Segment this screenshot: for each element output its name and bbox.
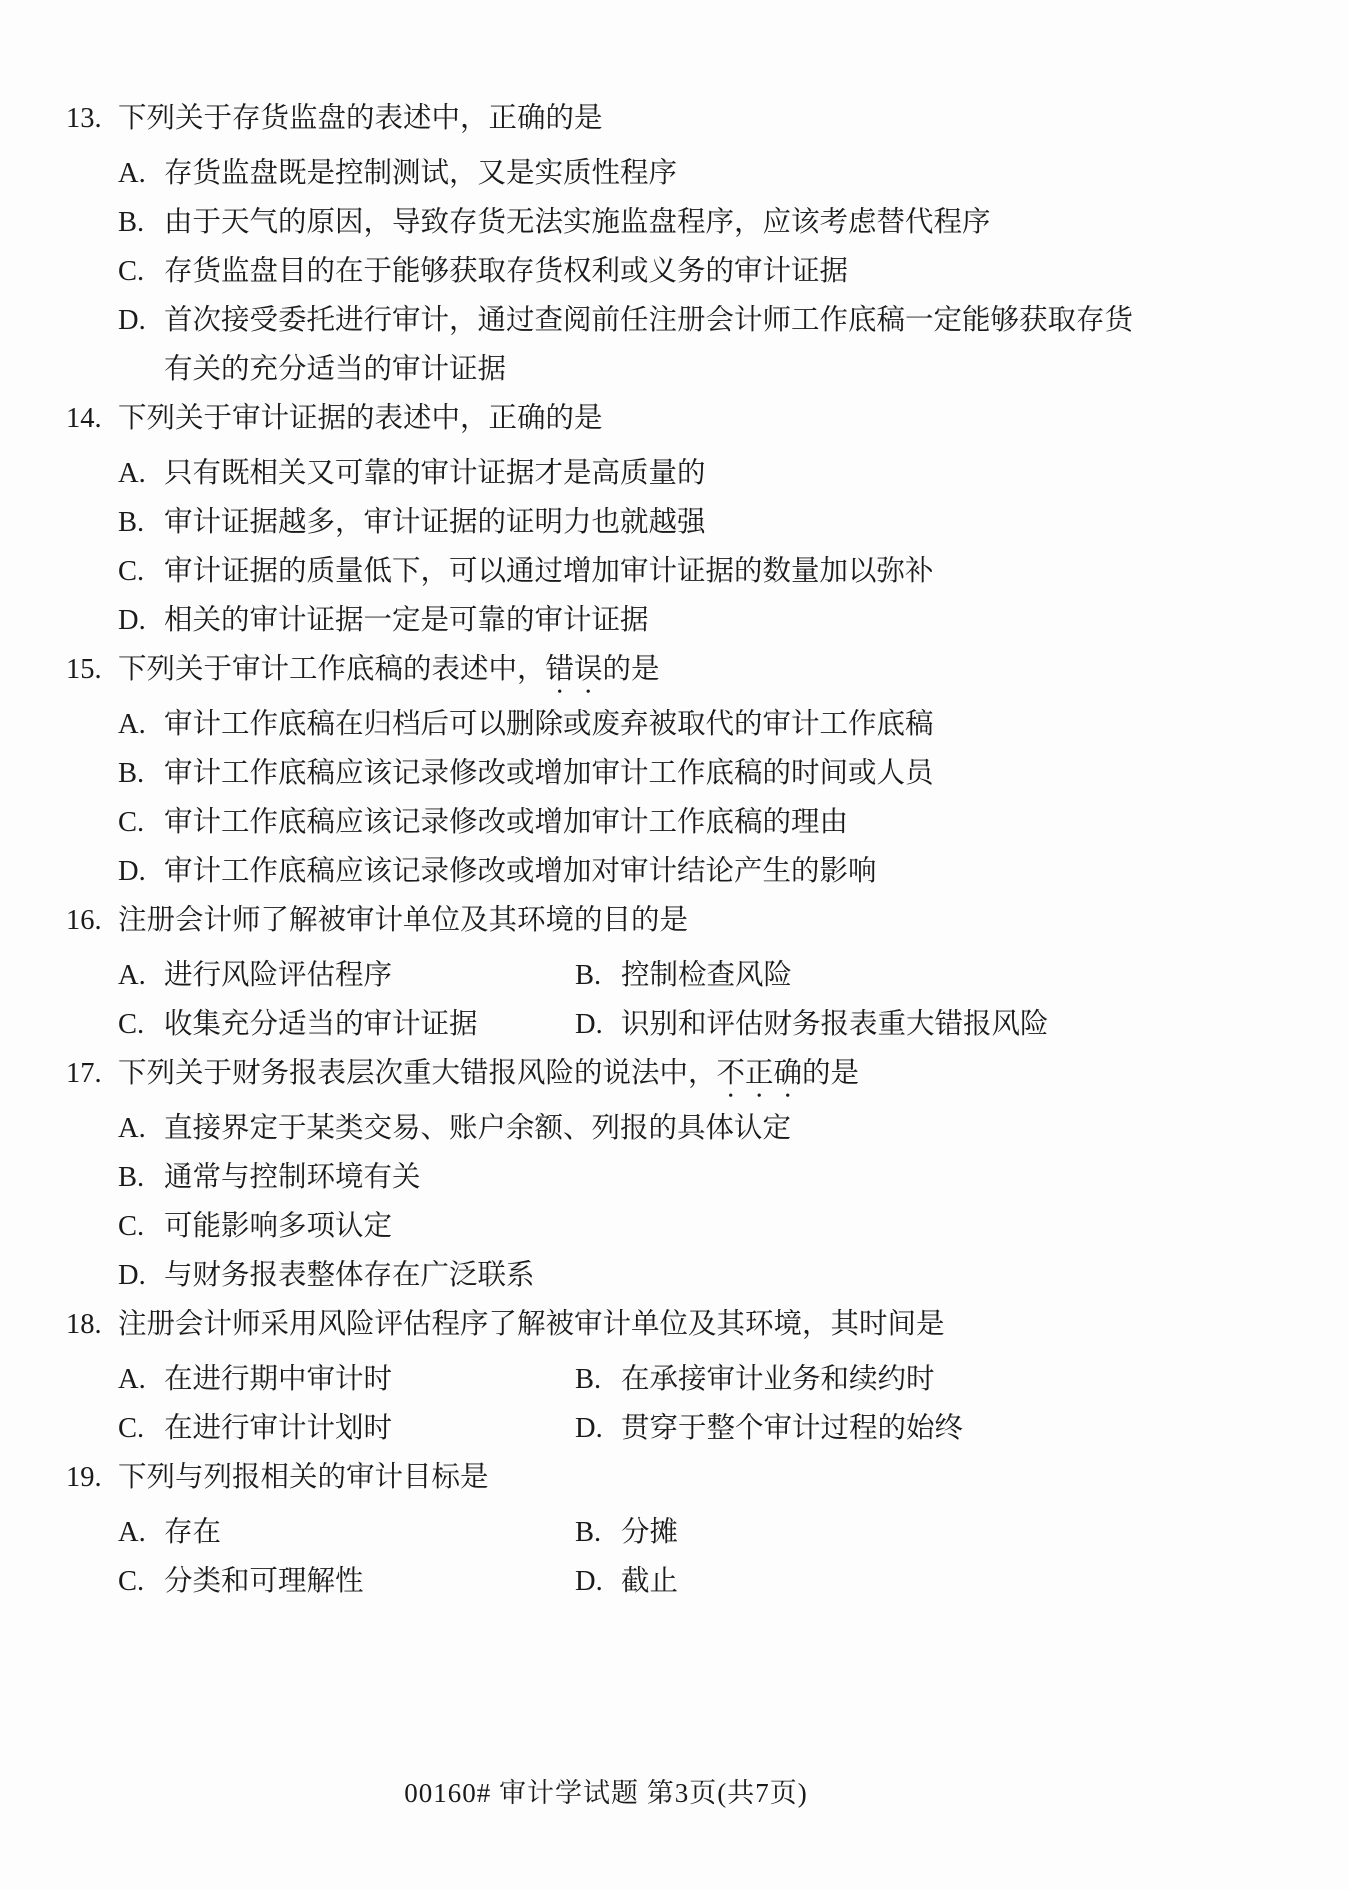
option-label: D.: [575, 1404, 621, 1453]
question-14: 14. 下列关于审计证据的表述中，正确的是 A. 只有既相关又可靠的审计证据才是…: [66, 394, 1306, 645]
question-17: 17. 下列关于财务报表层次重大错报风险的说法中，不正确的是 A. 直接界定于某…: [66, 1049, 1306, 1300]
option-text: 存货监盘目的在于能够获取存货权利或义务的审计证据: [164, 247, 848, 296]
option-label: D.: [118, 847, 164, 896]
option-label: A.: [118, 449, 164, 498]
option-a: A. 在进行期中审计时: [118, 1355, 575, 1404]
option-label: D.: [118, 596, 164, 645]
question-stem: 下列关于财务报表层次重大错报风险的说法中，不正确的是: [118, 1049, 1306, 1104]
question-stem-row: 15. 下列关于审计工作底稿的表述中，错误的是: [66, 645, 1306, 700]
option-label: B.: [575, 1508, 621, 1557]
stem-text-tail: 的是: [802, 1058, 859, 1089]
option-label: A.: [118, 700, 164, 749]
option-a: A. 存在: [118, 1508, 575, 1557]
option-a: A. 审计工作底稿在归档后可以删除或废弃被取代的审计工作底稿: [66, 700, 1306, 749]
option-d: D. 首次接受委托进行审计，通过查阅前任注册会计师工作底稿一定能够获取存货有关的…: [66, 296, 1306, 394]
question-16: 16. 注册会计师了解被审计单位及其环境的目的是 A. 进行风险评估程序 B. …: [66, 896, 1306, 1049]
option-a: A. 直接界定于某类交易、账户余额、列报的具体认定: [66, 1104, 1306, 1153]
option-label: D.: [575, 1557, 621, 1606]
exam-page: 13. 下列关于存货监盘的表述中，正确的是 A. 存货监盘既是控制测试，又是实质…: [0, 0, 1349, 1890]
question-number: 16.: [66, 896, 118, 945]
option-text: 存货监盘既是控制测试，又是实质性程序: [164, 149, 677, 198]
option-text: 与财务报表整体存在广泛联系: [164, 1251, 535, 1300]
option-b: B. 审计工作底稿应该记录修改或增加审计工作底稿的时间或人员: [66, 749, 1306, 798]
option-c: C. 在进行审计计划时: [118, 1404, 575, 1453]
option-d: D. 截止: [575, 1557, 1306, 1606]
stem-text: 注册会计师了解被审计单位及其环境的目的是: [118, 905, 688, 936]
option-b: B. 由于天气的原因，导致存货无法实施监盘程序，应该考虑替代程序: [66, 198, 1306, 247]
option-text: 在进行审计计划时: [164, 1404, 392, 1453]
option-label: B.: [118, 198, 164, 247]
option-label: D.: [118, 1251, 164, 1300]
question-number: 13.: [66, 94, 118, 143]
stem-text: 下列与列报相关的审计目标是: [118, 1462, 489, 1493]
page-footer: 00160# 审计学试题 第3页(共7页): [0, 1775, 1212, 1811]
option-row-cd: C. 收集充分适当的审计证据 D. 识别和评估财务报表重大错报风险: [66, 1000, 1306, 1049]
question-stem: 下列关于审计证据的表述中，正确的是: [118, 394, 1306, 449]
question-stem: 下列关于审计工作底稿的表述中，错误的是: [118, 645, 1306, 700]
option-text: 收集充分适当的审计证据: [164, 1000, 478, 1049]
option-b: B. 审计证据越多，审计证据的证明力也就越强: [66, 498, 1306, 547]
option-text: 首次接受委托进行审计，通过查阅前任注册会计师工作底稿一定能够获取存货有关的充分适…: [164, 296, 1136, 394]
question-stem-row: 19. 下列与列报相关的审计目标是: [66, 1453, 1306, 1508]
question-stem-row: 17. 下列关于财务报表层次重大错报风险的说法中，不正确的是: [66, 1049, 1306, 1104]
option-text: 在进行期中审计时: [164, 1355, 392, 1404]
stem-emphasis: 错误: [546, 654, 603, 685]
stem-text: 下列关于存货监盘的表述中，正确的是: [118, 103, 603, 134]
option-label: C.: [118, 1404, 164, 1453]
option-label: A.: [118, 951, 164, 1000]
option-row-cd: C. 分类和可理解性 D. 截止: [66, 1557, 1306, 1606]
option-text: 相关的审计证据一定是可靠的审计证据: [164, 596, 649, 645]
question-stem-row: 18. 注册会计师采用风险评估程序了解被审计单位及其环境，其时间是: [66, 1300, 1306, 1355]
option-label: A.: [118, 1355, 164, 1404]
option-d: D. 贯穿于整个审计过程的始终: [575, 1404, 1306, 1453]
option-label: B.: [118, 498, 164, 547]
question-number: 14.: [66, 394, 118, 443]
option-text: 截止: [621, 1557, 678, 1606]
option-text: 在承接审计业务和续约时: [621, 1355, 935, 1404]
option-label: C.: [118, 1202, 164, 1251]
option-d: D. 相关的审计证据一定是可靠的审计证据: [66, 596, 1306, 645]
option-label: A.: [118, 149, 164, 198]
option-text: 审计工作底稿应该记录修改或增加审计工作底稿的理由: [164, 798, 848, 847]
option-text: 由于天气的原因，导致存货无法实施监盘程序，应该考虑替代程序: [164, 198, 991, 247]
option-b: B. 分摊: [575, 1508, 1306, 1557]
question-15: 15. 下列关于审计工作底稿的表述中，错误的是 A. 审计工作底稿在归档后可以删…: [66, 645, 1306, 896]
option-c: C. 可能影响多项认定: [66, 1202, 1306, 1251]
question-stem: 下列关于存货监盘的表述中，正确的是: [118, 94, 1306, 149]
question-stem: 注册会计师了解被审计单位及其环境的目的是: [118, 896, 1306, 951]
option-c: C. 审计证据的质量低下，可以通过增加审计证据的数量加以弥补: [66, 547, 1306, 596]
option-text: 直接界定于某类交易、账户余额、列报的具体认定: [164, 1104, 791, 1153]
option-a: A. 存货监盘既是控制测试，又是实质性程序: [66, 149, 1306, 198]
stem-text: 下列关于审计证据的表述中，正确的是: [118, 403, 603, 434]
option-text: 审计工作底稿应该记录修改或增加审计工作底稿的时间或人员: [164, 749, 934, 798]
option-c: C. 收集充分适当的审计证据: [118, 1000, 575, 1049]
option-text: 存在: [164, 1508, 221, 1557]
option-text: 进行风险评估程序: [164, 951, 392, 1000]
stem-text-tail: 的是: [603, 654, 660, 685]
option-row-ab: A. 在进行期中审计时 B. 在承接审计业务和续约时: [66, 1355, 1306, 1404]
stem-text: 注册会计师采用风险评估程序了解被审计单位及其环境，其时间是: [118, 1309, 945, 1340]
option-label: C.: [118, 247, 164, 296]
stem-emphasis: 不正确: [717, 1058, 803, 1089]
option-label: B.: [575, 951, 621, 1000]
option-text: 可能影响多项认定: [164, 1202, 392, 1251]
question-stem: 注册会计师采用风险评估程序了解被审计单位及其环境，其时间是: [118, 1300, 1306, 1355]
option-c: C. 审计工作底稿应该记录修改或增加审计工作底稿的理由: [66, 798, 1306, 847]
option-c: C. 存货监盘目的在于能够获取存货权利或义务的审计证据: [66, 247, 1306, 296]
question-number: 19.: [66, 1453, 118, 1502]
option-b: B. 控制检查风险: [575, 951, 1306, 1000]
option-text: 审计证据的质量低下，可以通过增加审计证据的数量加以弥补: [164, 547, 934, 596]
question-19: 19. 下列与列报相关的审计目标是 A. 存在 B. 分摊 C. 分类和可理解性: [66, 1453, 1306, 1606]
option-label: C.: [118, 1000, 164, 1049]
option-label: D.: [575, 1000, 621, 1049]
option-label: A.: [118, 1104, 164, 1153]
option-d: D. 与财务报表整体存在广泛联系: [66, 1251, 1306, 1300]
option-d: D. 审计工作底稿应该记录修改或增加对审计结论产生的影响: [66, 847, 1306, 896]
option-d: D. 识别和评估财务报表重大错报风险: [575, 1000, 1306, 1049]
option-text: 审计工作底稿应该记录修改或增加对审计结论产生的影响: [164, 847, 877, 896]
question-number: 15.: [66, 645, 118, 694]
option-row-ab: A. 存在 B. 分摊: [66, 1508, 1306, 1557]
question-13: 13. 下列关于存货监盘的表述中，正确的是 A. 存货监盘既是控制测试，又是实质…: [66, 94, 1306, 394]
option-label: C.: [118, 1557, 164, 1606]
option-b: B. 在承接审计业务和续约时: [575, 1355, 1306, 1404]
question-stem-row: 13. 下列关于存货监盘的表述中，正确的是: [66, 94, 1306, 149]
option-text: 分类和可理解性: [164, 1557, 364, 1606]
option-label: B.: [118, 749, 164, 798]
option-text: 控制检查风险: [621, 951, 792, 1000]
option-c: C. 分类和可理解性: [118, 1557, 575, 1606]
question-stem-row: 16. 注册会计师了解被审计单位及其环境的目的是: [66, 896, 1306, 951]
option-label: C.: [118, 547, 164, 596]
option-text: 审计证据越多，审计证据的证明力也就越强: [164, 498, 706, 547]
question-18: 18. 注册会计师采用风险评估程序了解被审计单位及其环境，其时间是 A. 在进行…: [66, 1300, 1306, 1453]
option-label: C.: [118, 798, 164, 847]
option-text: 审计工作底稿在归档后可以删除或废弃被取代的审计工作底稿: [164, 700, 934, 749]
stem-text: 下列关于财务报表层次重大错报风险的说法中，: [118, 1058, 717, 1089]
option-label: A.: [118, 1508, 164, 1557]
option-label: B.: [575, 1355, 621, 1404]
option-text: 通常与控制环境有关: [164, 1153, 421, 1202]
question-stem-row: 14. 下列关于审计证据的表述中，正确的是: [66, 394, 1306, 449]
question-number: 17.: [66, 1049, 118, 1098]
option-text: 贯穿于整个审计过程的始终: [621, 1404, 963, 1453]
option-label: D.: [118, 296, 164, 345]
option-b: B. 通常与控制环境有关: [66, 1153, 1306, 1202]
option-a: A. 只有既相关又可靠的审计证据才是高质量的: [66, 449, 1306, 498]
question-list: 13. 下列关于存货监盘的表述中，正确的是 A. 存货监盘既是控制测试，又是实质…: [66, 94, 1306, 1606]
option-label: B.: [118, 1153, 164, 1202]
option-text: 分摊: [621, 1508, 678, 1557]
option-row-cd: C. 在进行审计计划时 D. 贯穿于整个审计过程的始终: [66, 1404, 1306, 1453]
question-stem: 下列与列报相关的审计目标是: [118, 1453, 1306, 1508]
option-a: A. 进行风险评估程序: [118, 951, 575, 1000]
option-text: 只有既相关又可靠的审计证据才是高质量的: [164, 449, 706, 498]
question-number: 18.: [66, 1300, 118, 1349]
option-text: 识别和评估财务报表重大错报风险: [621, 1000, 1049, 1049]
stem-text: 下列关于审计工作底稿的表述中，: [118, 654, 546, 685]
option-row-ab: A. 进行风险评估程序 B. 控制检查风险: [66, 951, 1306, 1000]
